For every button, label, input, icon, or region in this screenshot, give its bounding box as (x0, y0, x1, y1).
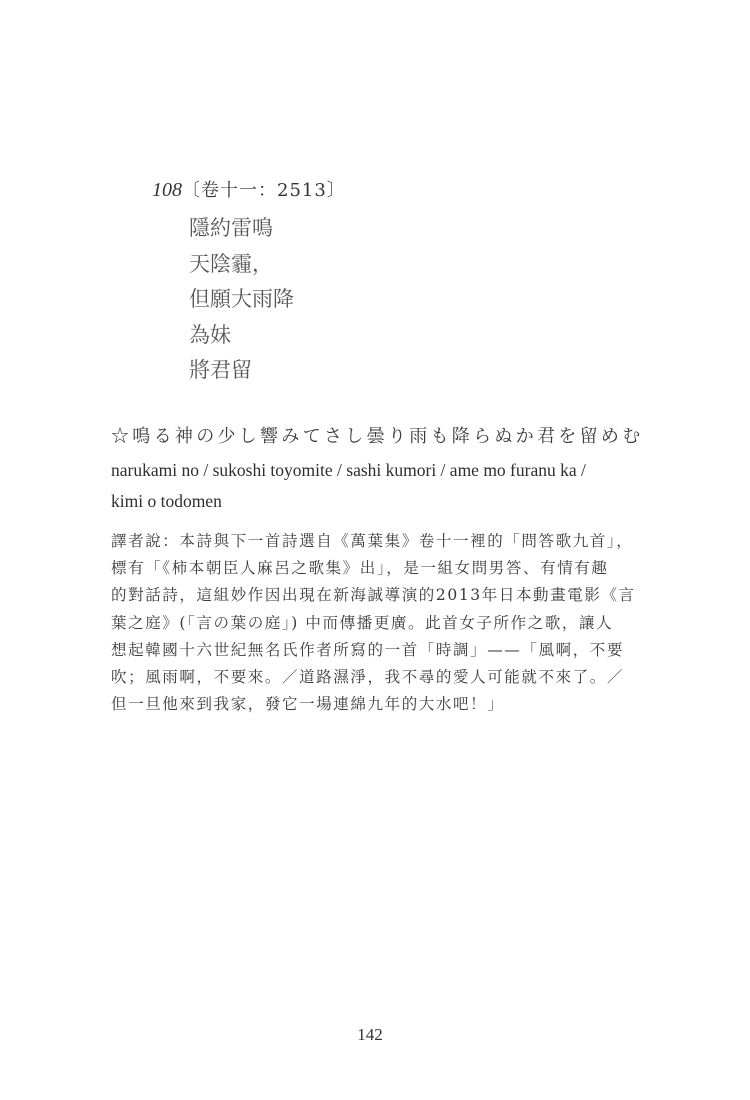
poem-translation: 隱約雷鳴 天陰霾， 但願大雨降 為妹 將君留 (189, 211, 294, 389)
romanization-line: narukami no / sukoshi toyomite / sashi k… (111, 455, 651, 486)
commentary-line: 標有「《柿本朝臣人麻呂之歌集》出」，是一組女問男答、有情有趣 (111, 555, 656, 582)
poem-line: 但願大雨降 (189, 282, 294, 318)
commentary-line: 葉之庭》(「言の葉の庭」) 中而傳播更廣。此首女子所作之歌，讓人 (111, 610, 656, 637)
commentary-line: 但一旦他來到我家，發它一場連綿九年的大水吧！」 (111, 691, 656, 718)
page-number: 142 (0, 1025, 740, 1045)
poem-line: 天陰霾， (189, 247, 294, 283)
poem-line: 為妹 (189, 318, 294, 354)
poem-number: 108 (152, 179, 182, 201)
book-page: 108〔卷十一：2513〕 隱約雷鳴 天陰霾， 但願大雨降 為妹 將君留 ☆鳴る… (0, 0, 750, 1100)
romanization: narukami no / sukoshi toyomite / sashi k… (111, 455, 651, 517)
commentary-line: 的對話詩，這組妙作因出現在新海誠導演的2013年日本動畫電影《言 (111, 582, 656, 609)
poem-line: 將君留 (189, 353, 294, 389)
original-japanese: ☆鳴る神の少し響みてさし曇り雨も降らぬか君を留めむ (111, 423, 644, 451)
romanization-line: kimi o todomen (111, 486, 651, 517)
commentary-line: 譯者說：本詩與下一首詩選自《萬葉集》卷十一裡的「問答歌九首」， (111, 528, 656, 555)
poem-reference: 〔卷十一：2513〕 (182, 180, 346, 201)
poem-heading: 108〔卷十一：2513〕 (152, 177, 346, 204)
commentary-line: 想起韓國十六世紀無名氏作者所寫的一首「時調」——「風啊，不要 (111, 637, 656, 664)
poem-line: 隱約雷鳴 (189, 211, 294, 247)
commentary-line: 吹；風雨啊，不要來。／道路濕淨，我不尋的愛人可能就不來了。／ (111, 664, 656, 691)
translator-commentary: 譯者說：本詩與下一首詩選自《萬葉集》卷十一裡的「問答歌九首」， 標有「《柿本朝臣… (111, 528, 656, 718)
